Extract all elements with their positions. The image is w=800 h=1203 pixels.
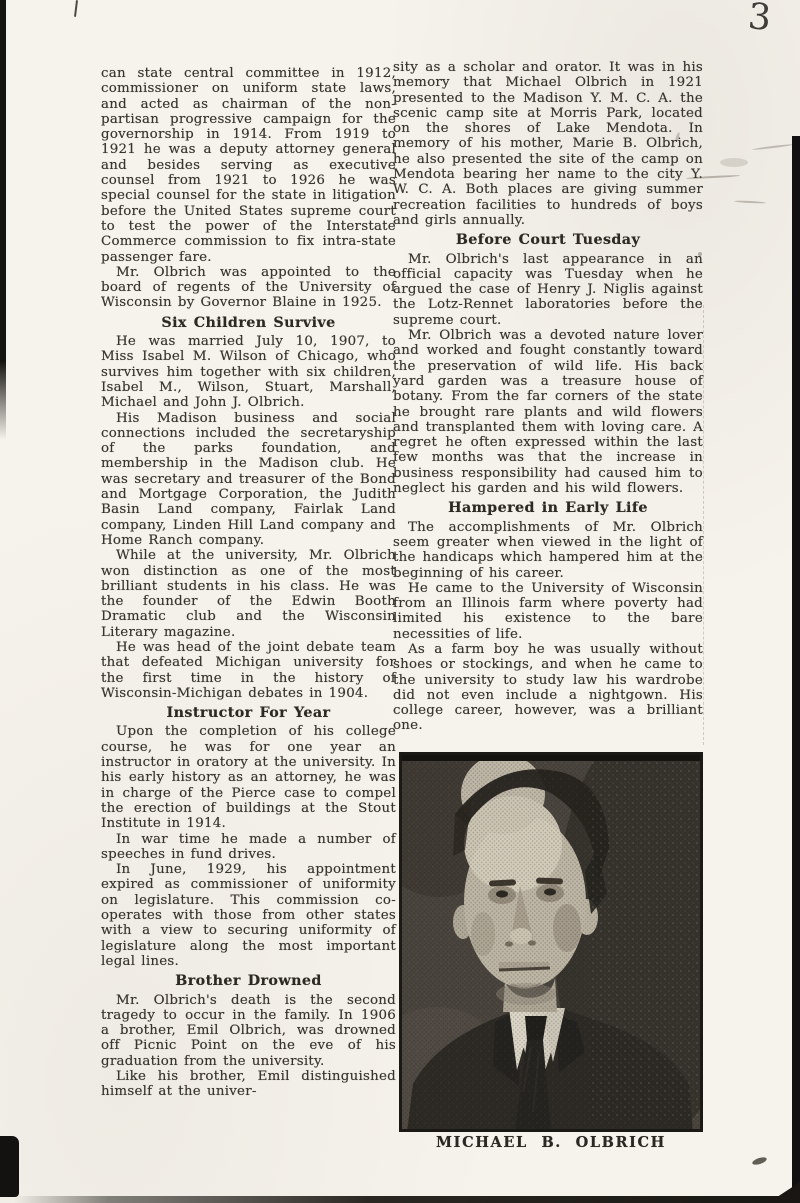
scan-edge-right [792,136,800,1203]
pen-stroke-mark [74,0,78,17]
paragraph: sity as a scholar and orator. It was in … [393,60,703,228]
pencil-smudge [720,158,748,167]
paragraph: In war time he made a number of speeches… [101,832,396,863]
scanned-newspaper-page: 3 can state central committee in 1912, c… [0,0,800,1203]
paragraph: While at the university, Mr. Olbrich won… [101,548,396,640]
column-rule [703,305,704,745]
pencil-smudge [752,143,794,150]
paragraph: Upon the completion of his college cours… [101,724,396,831]
section-heading: Before Court Tuesday [393,233,703,248]
scan-edge-left [0,0,6,440]
paragraph: Mr. Olbrich's last appearance in an offi… [393,252,703,328]
paragraph: He was head of the joint debate team tha… [101,640,396,701]
article-column-left: can state central committee in 1912, com… [101,66,396,1100]
paragraph: The accomplishments of Mr. Olbrich seem … [393,520,703,581]
paragraph: He was married July 10, 1907, to Miss Is… [101,334,396,410]
paragraph: Mr. Olbrich was a devoted nature lover a… [393,328,703,496]
paragraph: He came to the University of Wisconsin f… [393,581,703,642]
paragraph: Like his brother, Emil distinguished him… [101,1069,396,1100]
paragraph: In June, 1929, his appointment expired a… [101,862,396,969]
section-heading: Brother Drowned [101,974,396,989]
paragraph: His Madison business and social connecti… [101,411,396,549]
paragraph: can state central committee in 1912, com… [101,66,396,265]
handwritten-page-number: 3 [746,0,772,37]
section-heading: Six Children Survive [101,316,396,331]
photo-caption: MICHAEL B. OLBRICH [399,1134,703,1151]
paragraph: As a farm boy he was usually without sho… [393,642,703,734]
scan-corner-bottom-left [0,1136,19,1197]
section-heading: Instructor For Year [101,706,396,721]
section-heading: Hampered in Early Life [393,501,703,516]
scan-edge-bottom [14,1196,800,1203]
paragraph: Mr. Olbrich's death is the second traged… [101,993,396,1069]
paragraph: Mr. Olbrich was appointed to the board o… [101,265,396,311]
pencil-smudge [734,200,766,204]
portrait-photo [399,752,703,1132]
article-column-right: sity as a scholar and orator. It was in … [393,60,703,734]
paper-curl-mark [751,1156,767,1166]
